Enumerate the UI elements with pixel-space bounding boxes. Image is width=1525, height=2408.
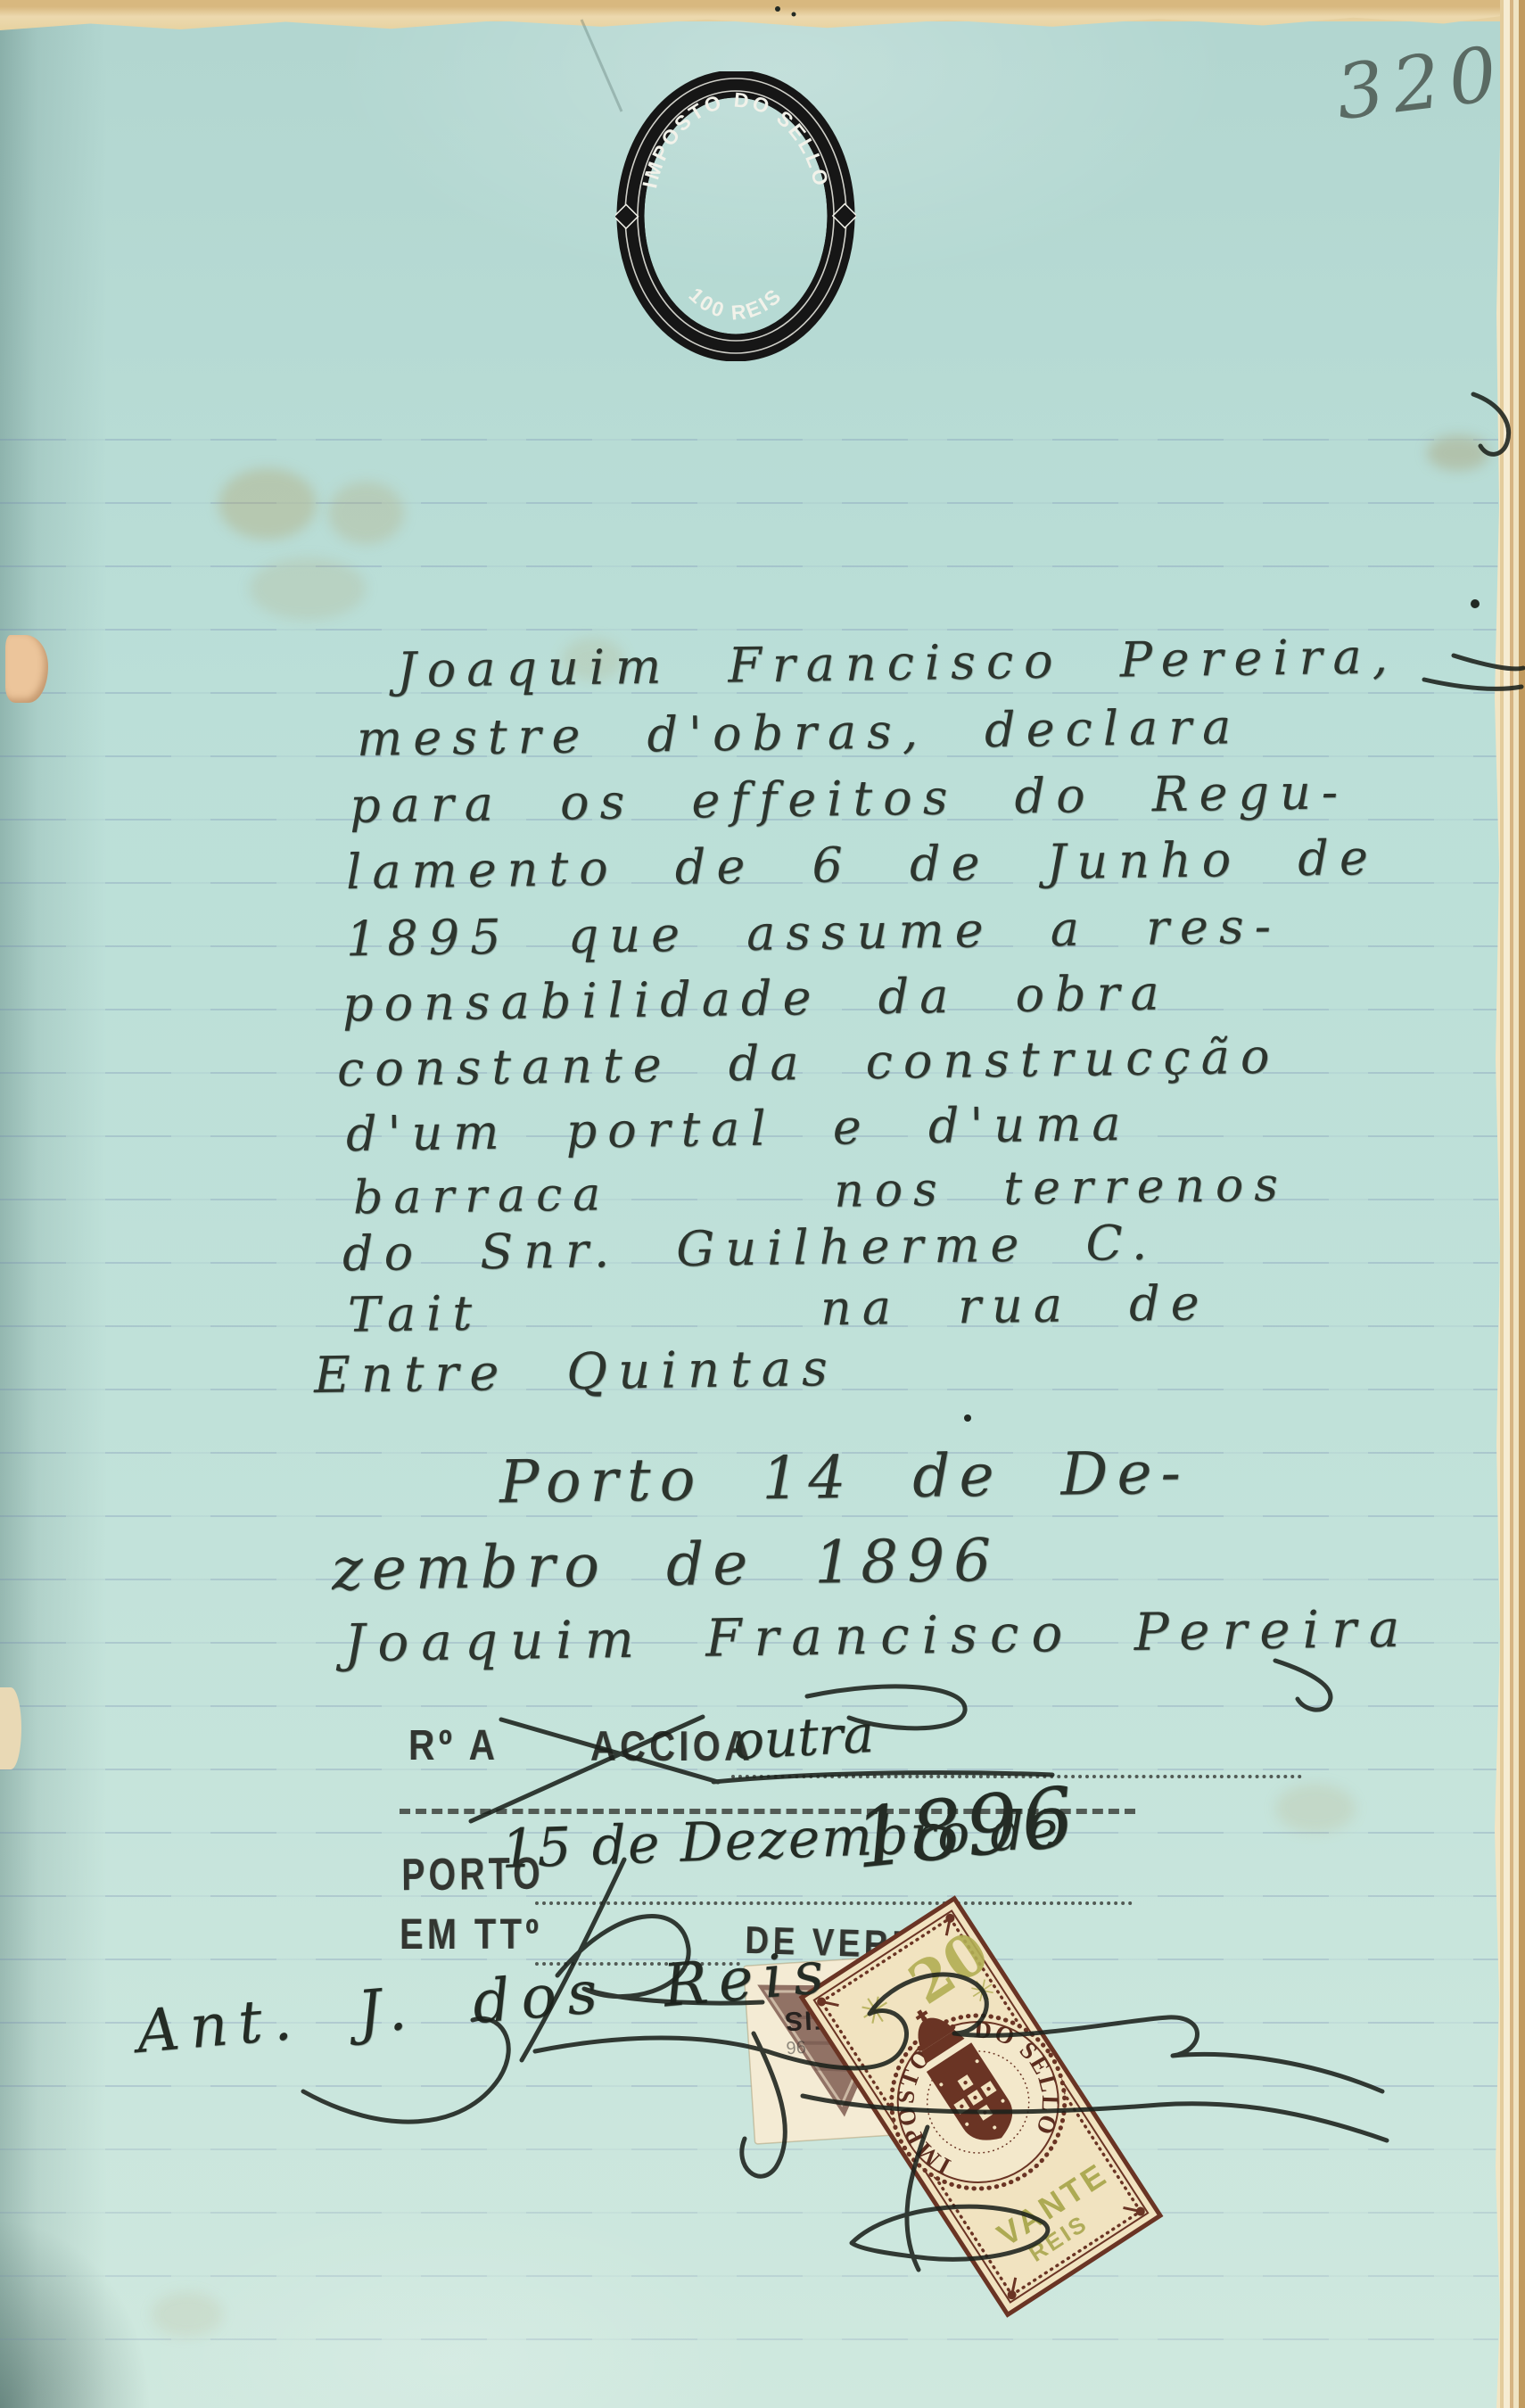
stain xyxy=(218,468,317,540)
registry-stamp-prefix: Rº A xyxy=(408,1721,499,1770)
ruled-line xyxy=(0,2338,1498,2340)
paper-tear xyxy=(0,1687,21,1769)
ruled-line xyxy=(0,2275,1498,2277)
date-line-2: zembro de 1896 xyxy=(331,1526,1000,1604)
manuscript-line: d'um portal e d'uma xyxy=(346,1095,1132,1162)
ruled-line xyxy=(0,565,1498,567)
manuscript-line: Tait na rua de xyxy=(348,1274,1210,1342)
ruled-line xyxy=(0,2212,1498,2214)
ruled-line xyxy=(0,1515,1498,1517)
book-stamp-label: EM TTº xyxy=(400,1910,542,1959)
date-line-1: Porto 14 de De- xyxy=(499,1439,1191,1517)
manuscript-line: do Snr. Guilherme C. xyxy=(342,1215,1158,1282)
ruled-line xyxy=(0,439,1498,441)
stain xyxy=(328,482,404,544)
registry-handwritten-word: outra xyxy=(731,1703,875,1771)
ruled-line xyxy=(0,2148,1498,2150)
stain xyxy=(1275,1784,1356,1833)
paper-tear xyxy=(5,635,48,703)
stain xyxy=(1427,435,1489,471)
ruled-line xyxy=(0,1705,1498,1707)
manuscript-line: Entre Quintas xyxy=(314,1340,839,1405)
stain xyxy=(250,557,366,620)
manuscript-line: ponsabilidade da obra xyxy=(342,965,1170,1033)
ruled-line xyxy=(0,2085,1498,2087)
stain xyxy=(152,2292,223,2337)
right-page-edge xyxy=(1495,0,1525,2408)
registry-stamp-suffix: ACCIOA xyxy=(590,1723,754,1771)
scanned-document-page: IMPOSTO DO SELLO 100 REIS 320 Joaquim Fr… xyxy=(0,0,1525,2408)
